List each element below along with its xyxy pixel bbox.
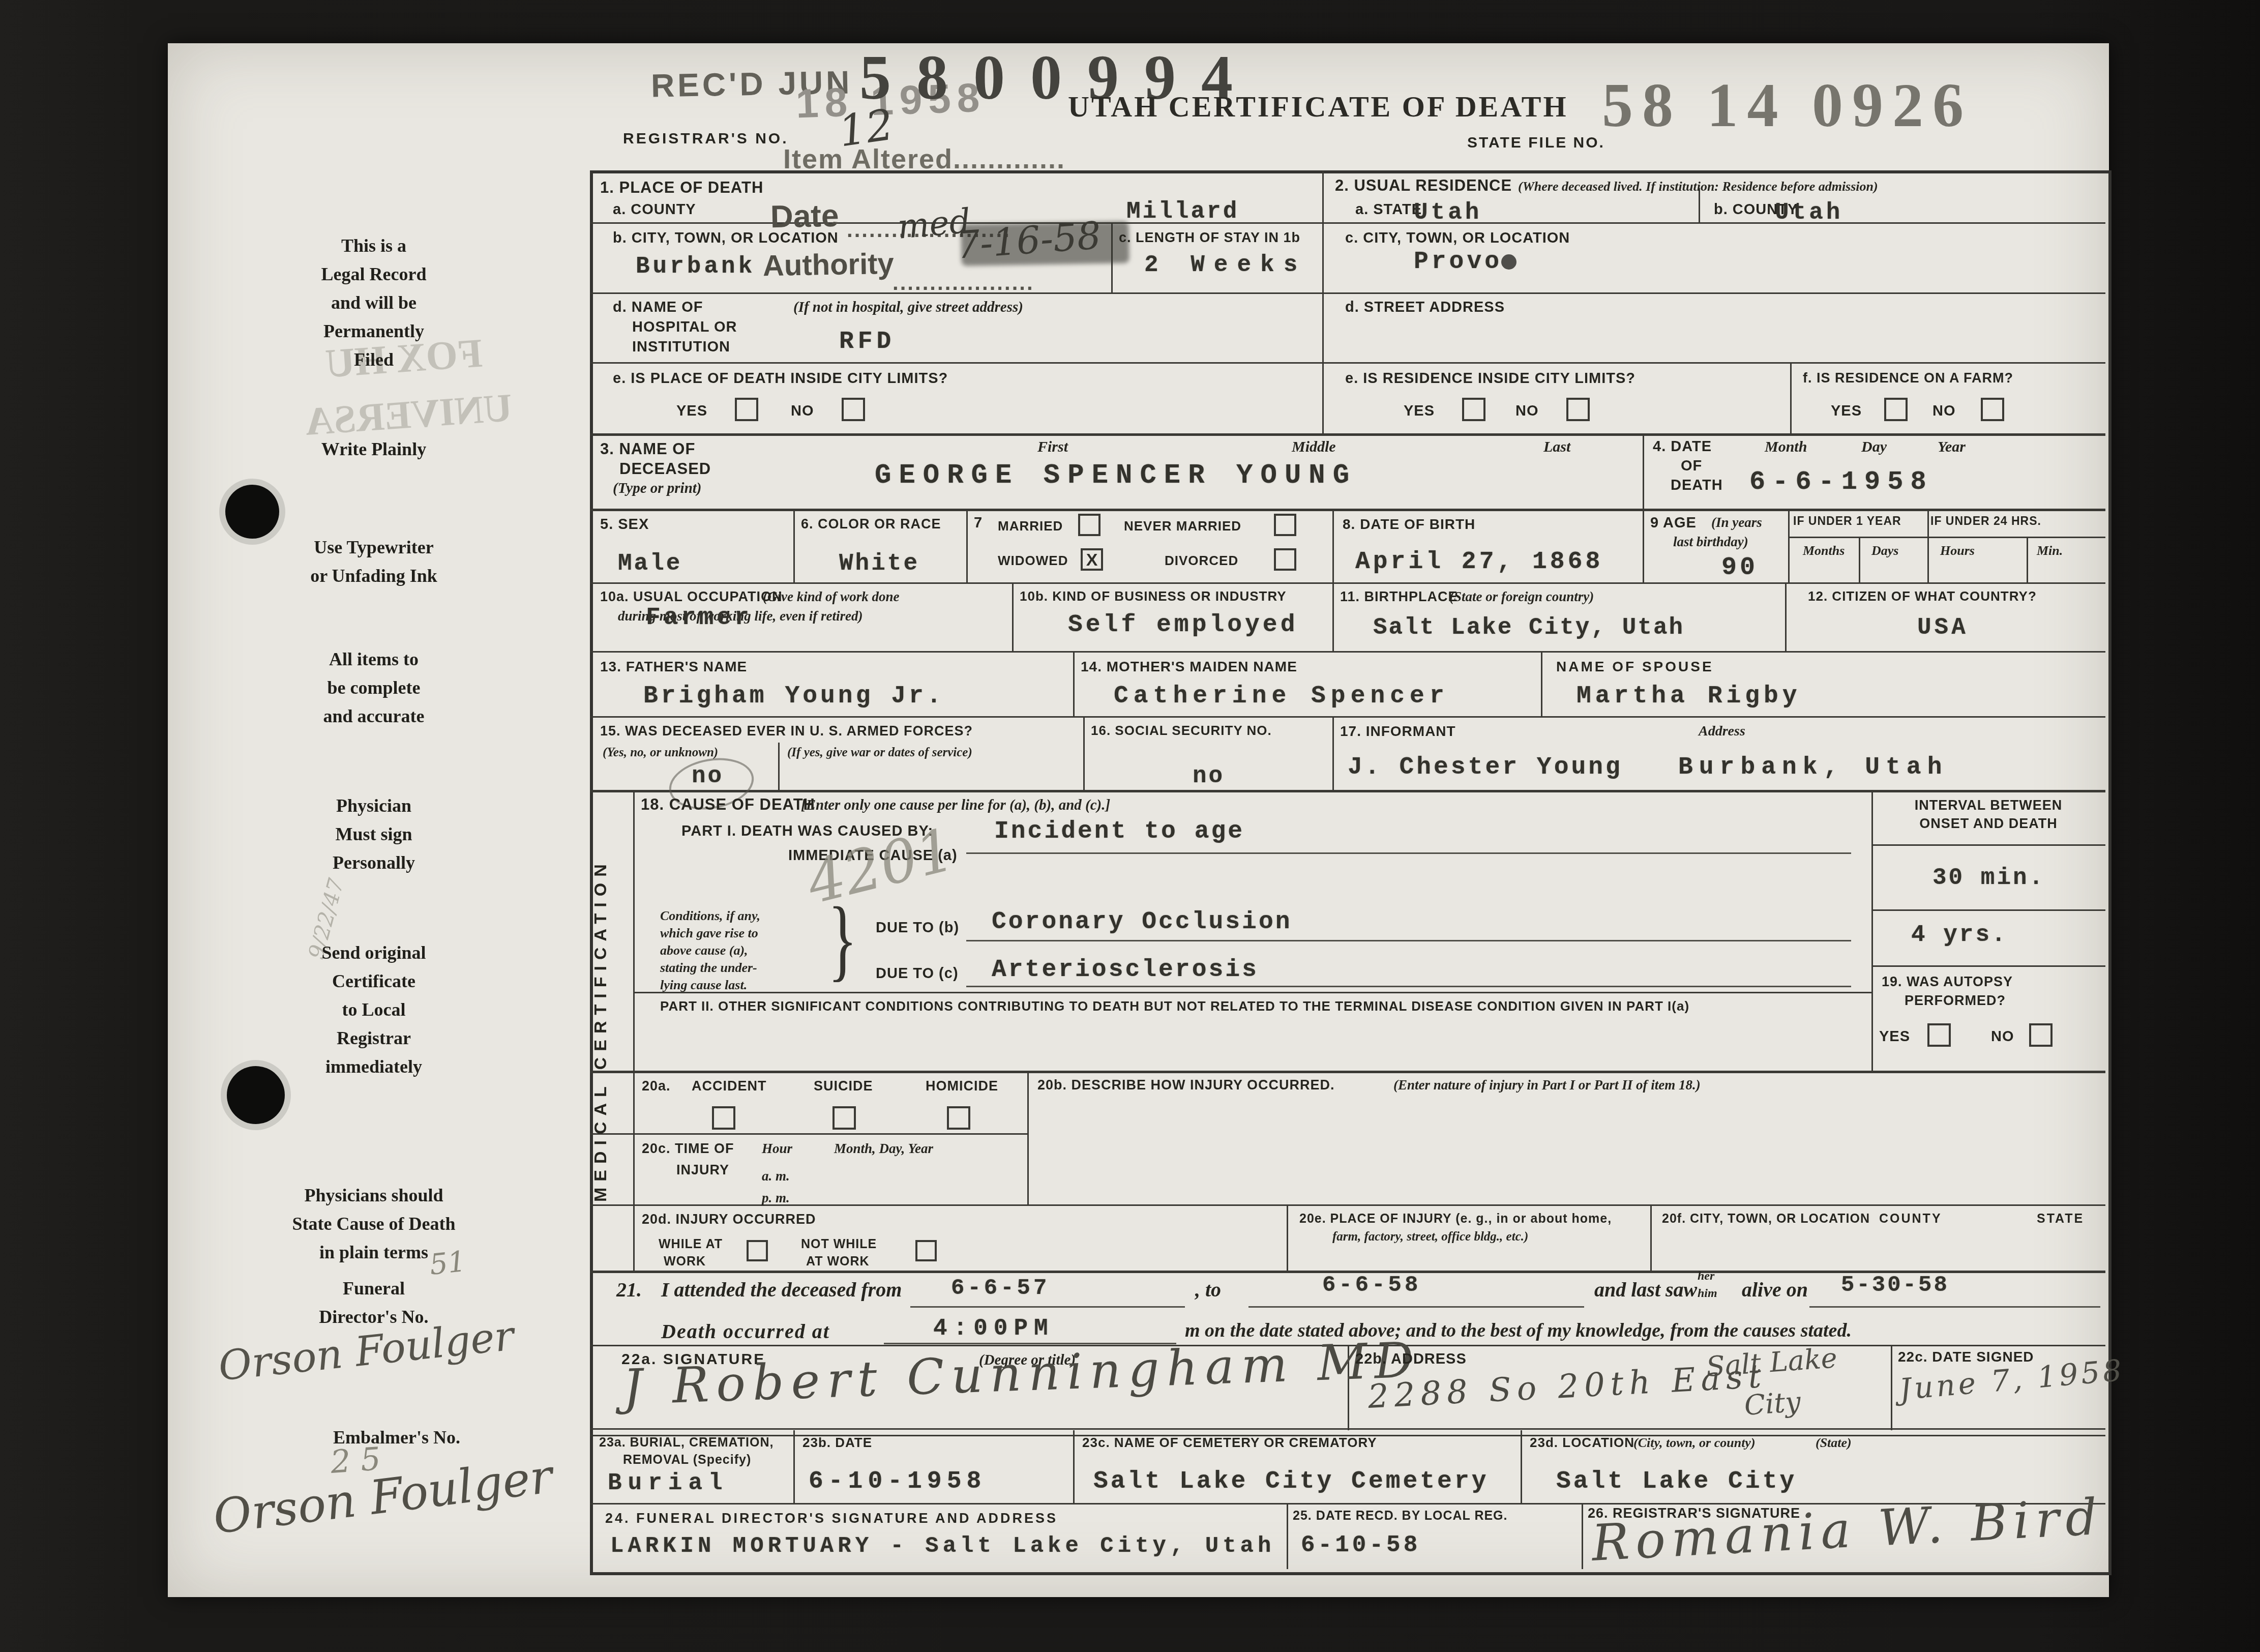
- margin-line: Personally: [170, 848, 577, 877]
- divider: [590, 1133, 1027, 1135]
- hours-label: Hours: [1940, 543, 1975, 558]
- mothers-maiden-name-value: Catherine Spencer: [1114, 683, 1449, 710]
- checkbox-x-mark: X: [1086, 550, 1098, 570]
- divider: [1541, 651, 1542, 716]
- margin-line: This is a: [170, 231, 577, 260]
- occupation-label: 10a. USUAL OCCUPATION: [600, 589, 783, 604]
- margin-line: All items to: [170, 645, 577, 673]
- no-checkbox: [842, 398, 865, 421]
- injury-city-label: 20f. CITY, TOWN, OR LOCATION: [1662, 1212, 1870, 1226]
- name-of-deceased-label: DECEASED: [619, 460, 711, 478]
- citizen-label: 12. CITIZEN OF WHAT COUNTRY?: [1808, 589, 2037, 604]
- time-of-injury-label: INJURY: [676, 1162, 729, 1177]
- margin-complete: All items to be complete and accurate: [170, 645, 577, 730]
- pm-label: p. m.: [762, 1190, 790, 1206]
- month-label: Month: [1765, 438, 1807, 456]
- divider: [1788, 537, 2105, 538]
- married-checkbox: [1078, 514, 1101, 536]
- margin-line: Filed: [170, 345, 577, 374]
- injury-occurred-label: 20d. INJURY OCCURRED: [642, 1212, 816, 1227]
- fathers-name-value: Brigham Young Jr.: [643, 683, 944, 710]
- authority-stamp: Authority: [762, 247, 894, 283]
- divider: [1871, 909, 2105, 911]
- hole-punch-top: [225, 485, 279, 539]
- accident-checkbox: [712, 1106, 735, 1130]
- cemetery-location-label: 23d. LOCATION: [1530, 1435, 1634, 1450]
- social-security-value: no: [1193, 763, 1225, 789]
- date-of-death-value: 6-6-1958: [1749, 467, 1934, 497]
- divider: [1582, 1503, 1583, 1569]
- divider: [1927, 509, 1929, 582]
- divider: [1073, 1430, 1075, 1503]
- place-of-death-title: 1. PLACE OF DEATH: [600, 179, 763, 197]
- divider: [778, 743, 780, 790]
- married-label: MARRIED: [998, 519, 1063, 534]
- attended-to-value: 6-6-58: [1322, 1273, 1421, 1298]
- divorced-checkbox: [1274, 548, 1296, 571]
- color-race-label: 6. COLOR OR RACE: [801, 516, 941, 532]
- accident-label: ACCIDENT: [692, 1078, 767, 1094]
- informant-label: 17. INFORMANT: [1340, 723, 1456, 739]
- residence-city-label: c. CITY, TOWN, OR LOCATION: [1345, 230, 1570, 246]
- cemetery-location-paren: (City, town, or county): [1633, 1435, 1756, 1451]
- autopsy-label: PERFORMED?: [1905, 993, 2006, 1008]
- mothers-maiden-name-label: 14. MOTHER'S MAIDEN NAME: [1081, 659, 1297, 674]
- divider: [590, 582, 2105, 584]
- yes-label: YES: [1404, 403, 1435, 419]
- date-received-label: 25. DATE RECD. BY LOCAL REG.: [1293, 1509, 1508, 1523]
- divider: [1073, 651, 1075, 716]
- conditions-note: stating the under-: [660, 960, 757, 976]
- margin-funeral-no: Funeral Director's No.: [170, 1274, 577, 1331]
- no-label: NO: [791, 403, 814, 419]
- suicide-checkbox: [832, 1106, 856, 1130]
- burial-date-value: 6-10-1958: [809, 1468, 986, 1495]
- date-of-birth-value: April 27, 1868: [1355, 548, 1603, 576]
- fill-line: [966, 940, 1851, 941]
- divider: [1521, 1430, 1522, 1503]
- due-to-b-value: Coronary Occlusion: [992, 908, 1292, 936]
- divider: [1083, 716, 1085, 790]
- hour-label: Hour: [762, 1141, 792, 1157]
- divider: [1027, 1071, 1029, 1204]
- cause-of-death-title: 18. CAUSE OF DEATH: [641, 796, 815, 814]
- interval-a-value: 30 min.: [1932, 865, 2045, 891]
- him-label: him: [1698, 1287, 1717, 1301]
- county-value: Millard: [1126, 198, 1239, 225]
- color-race-value: White: [839, 550, 919, 577]
- no-label: NO: [1932, 403, 1956, 419]
- hospital-paren: (If not in hospital, give street address…: [793, 299, 1023, 316]
- birthplace-label: 11. BIRTHPLACE: [1340, 589, 1458, 604]
- day-label: Day: [1861, 438, 1887, 456]
- no-label: NO: [1515, 403, 1539, 419]
- attended-text: I attended the deceased from: [661, 1278, 902, 1302]
- margin-line: Send original: [170, 938, 577, 967]
- informant-value: J. Chester Young: [1348, 754, 1623, 781]
- county-label: a. COUNTY: [613, 201, 696, 218]
- cemetery-label: 23c. NAME OF CEMETERY OR CREMATORY: [1082, 1435, 1377, 1450]
- divider: [1790, 362, 1792, 433]
- medical-certification-label: MEDICAL CERTIFICATION: [591, 793, 634, 1266]
- item-20a-number: 20a.: [642, 1078, 671, 1094]
- margin-line: Physicians should: [170, 1181, 577, 1209]
- yes-checkbox: [1462, 398, 1485, 421]
- margin-line: Physician: [170, 791, 577, 820]
- first-label: First: [1037, 438, 1068, 456]
- not-while-at-work-label: AT WORK: [806, 1254, 870, 1268]
- while-at-work-label: WORK: [664, 1254, 706, 1268]
- burial-label: REMOVAL (Specify): [623, 1453, 751, 1467]
- occupation-value: Farmer: [646, 604, 752, 632]
- if-under-24-hrs-label: IF UNDER 24 HRS.: [1930, 515, 2041, 528]
- divider: [1871, 965, 2105, 967]
- name-of-deceased-label: 3. NAME OF: [600, 440, 695, 458]
- divider: [1650, 1204, 1652, 1271]
- date-received-value: 6-10-58: [1301, 1532, 1420, 1558]
- authority-stamp-dots: ...................: [893, 271, 1034, 295]
- margin-line: immediately: [170, 1052, 577, 1081]
- attended-text: , to: [1195, 1278, 1221, 1302]
- describe-injury-label: 20b. DESCRIBE HOW INJURY OCCURRED.: [1037, 1077, 1335, 1093]
- yes-label: YES: [1879, 1028, 1910, 1045]
- brace-glyph: }: [828, 887, 857, 992]
- interval-label: INTERVAL BETWEEN: [1871, 798, 2105, 813]
- hospital-label: d. NAME OF: [613, 299, 703, 315]
- name-of-spouse-label: NAME OF SPOUSE: [1556, 659, 1714, 674]
- time-of-injury-label: 20c. TIME OF: [642, 1141, 734, 1156]
- divorced-label: DIVORCED: [1165, 553, 1238, 568]
- item-21-number: 21.: [616, 1278, 642, 1302]
- middle-label: Middle: [1292, 438, 1336, 456]
- usual-residence-paren: (Where deceased lived. If institution: R…: [1518, 179, 1878, 194]
- armed-forces-paren: (Yes, no, or unknown): [603, 746, 718, 760]
- am-label: a. m.: [762, 1168, 790, 1184]
- date-of-birth-label: 8. DATE OF BIRTH: [1343, 516, 1475, 532]
- birthplace-paren: (State or foreign country): [1449, 589, 1594, 605]
- not-while-at-work-checkbox: [915, 1240, 937, 1261]
- divider: [1891, 1345, 1892, 1430]
- farm-label: f. IS RESIDENCE ON A FARM?: [1803, 370, 2013, 386]
- margin-line: Legal Record: [170, 260, 577, 288]
- state-label: a. STATE: [1355, 201, 1422, 218]
- fill-line: [910, 1306, 1185, 1308]
- divider: [590, 1204, 2105, 1206]
- attended-from-value: 6-6-57: [951, 1276, 1050, 1301]
- fathers-name-label: 13. FATHER'S NAME: [600, 659, 747, 674]
- fill-line: [1248, 1306, 1584, 1308]
- divider: [793, 1430, 795, 1503]
- divider: [1332, 509, 1334, 651]
- while-at-work-checkbox: [747, 1240, 768, 1261]
- state-value: Utah: [1414, 199, 1482, 226]
- due-to-b-label: DUE TO (b): [876, 920, 959, 936]
- yes-checkbox: [1927, 1023, 1951, 1047]
- fill-line: [966, 986, 1851, 987]
- year-label: Year: [1938, 438, 1966, 456]
- margin-line: Certificate: [170, 967, 577, 995]
- registrars-no-label: REGISTRAR'S NO.: [623, 130, 789, 147]
- divider: [793, 509, 795, 582]
- divider: [2027, 537, 2028, 582]
- divider: [633, 992, 1871, 993]
- due-to-c-label: DUE TO (c): [876, 965, 959, 982]
- age-label: 9 AGE: [1650, 515, 1697, 531]
- her-label: her: [1698, 1270, 1714, 1283]
- margin-line: Registrar: [170, 1024, 577, 1052]
- hospital-label: INSTITUTION: [632, 339, 730, 355]
- armed-forces-label: 15. WAS DECEASED EVER IN U. S. ARMED FOR…: [600, 723, 973, 739]
- last-seen-value: 5-30-58: [1841, 1273, 1949, 1298]
- divider: [590, 651, 2105, 653]
- conditions-note: above cause (a),: [660, 943, 748, 958]
- margin-line: Funeral: [170, 1274, 577, 1303]
- never-married-label: NEVER MARRIED: [1124, 519, 1241, 534]
- divider: [590, 292, 2105, 294]
- length-of-stay-value: 2 Weeks: [1144, 252, 1306, 278]
- margin-send-original: Send original Certificate to Local Regis…: [170, 938, 577, 1081]
- never-married-checkbox: [1274, 514, 1296, 536]
- conditions-note: lying cause last.: [660, 978, 747, 993]
- margin-line: Must sign: [170, 820, 577, 848]
- type-or-print-label: (Type or print): [613, 480, 702, 497]
- describe-injury-paren: (Enter nature of injury in Part I or Par…: [1393, 1077, 1701, 1093]
- divider: [1322, 170, 1324, 433]
- length-of-stay-label: c. LENGTH OF STAY IN 1b: [1119, 230, 1300, 245]
- divider: [590, 790, 2105, 792]
- margin-line: and will be: [170, 288, 577, 317]
- immediate-cause-value: Incident to age: [994, 818, 1244, 845]
- sex-label: 5. SEX: [600, 516, 649, 533]
- no-checkbox: [2029, 1023, 2053, 1047]
- widowed-checkbox: X: [1081, 548, 1103, 571]
- business-label: 10b. KIND OF BUSINESS OR INDUSTRY: [1020, 589, 1287, 604]
- funeral-directors-no-value: 51: [428, 1245, 468, 1282]
- attended-text: alive on: [1742, 1278, 1808, 1302]
- margin-line: in plain terms: [170, 1238, 577, 1266]
- margin-line: to Local: [170, 995, 577, 1024]
- informant-address-label: Address: [1699, 723, 1745, 740]
- yes-label: YES: [1831, 403, 1862, 419]
- margin-line: be complete: [170, 673, 577, 702]
- address-label: 22b. ADDRESS: [1355, 1351, 1467, 1367]
- divider: [590, 433, 2105, 436]
- death-occurred-text: Death occurred at: [661, 1319, 830, 1343]
- suicide-label: SUICIDE: [814, 1078, 873, 1094]
- margin-line: Permanently: [170, 317, 577, 345]
- margin-typewriter: Use Typewriter or Unfading Ink: [170, 533, 577, 590]
- month-day-year-label: Month, Day, Year: [834, 1141, 933, 1157]
- business-value: Self employed: [1068, 611, 1298, 639]
- divider: [1871, 844, 2105, 846]
- divider: [1287, 1503, 1288, 1569]
- margin-line: and accurate: [170, 702, 577, 730]
- divider: [590, 509, 2105, 511]
- divider: [1859, 537, 1860, 582]
- state-file-number-stamp: 58 14 0926: [1602, 70, 1973, 141]
- divider: [1643, 433, 1644, 582]
- hospital-label: HOSPITAL OR: [632, 319, 737, 335]
- margin-write-plainly: Write Plainly: [170, 435, 577, 463]
- no-label: NO: [1991, 1028, 2014, 1045]
- conditions-note: which gave rise to: [660, 926, 758, 941]
- informant-address-value: Burbank, Utah: [1678, 754, 1948, 781]
- state-file-no-label: STATE FILE NO.: [1467, 134, 1605, 152]
- sex-value: Male: [618, 550, 682, 577]
- burial-value: Burial: [608, 1470, 729, 1496]
- homicide-checkbox: [947, 1106, 970, 1130]
- margin-line: or Unfading Ink: [170, 562, 577, 590]
- part2-label: PART II. OTHER SIGNIFICANT CONDITIONS CO…: [660, 999, 1689, 1014]
- divider: [1785, 582, 1787, 651]
- date-of-death-label: OF: [1681, 458, 1702, 474]
- usual-residence-title: 2. USUAL RESIDENCE: [1335, 177, 1512, 195]
- street-address-label: d. STREET ADDRESS: [1345, 299, 1505, 315]
- margin-legal-record: This is a Legal Record and will be Perma…: [170, 231, 577, 374]
- divider: [1332, 716, 1334, 790]
- conditions-note: Conditions, if any,: [660, 908, 760, 924]
- not-while-at-work-label: NOT WHILE: [801, 1237, 877, 1251]
- funeral-director-value: LARKIN MORTUARY - Salt Lake City, Utah: [610, 1533, 1275, 1559]
- age-value: 90: [1721, 553, 1758, 582]
- no-checkbox: [1981, 398, 2004, 421]
- while-at-work-label: WHILE AT: [659, 1237, 723, 1251]
- residence-city-value: Provo: [1414, 248, 1502, 276]
- place-of-injury-label: 20e. PLACE OF INJURY (e. g., in or about…: [1299, 1212, 1612, 1226]
- yes-checkbox: [735, 398, 758, 421]
- homicide-label: HOMICIDE: [926, 1078, 998, 1094]
- interval-label: ONSET AND DEATH: [1871, 816, 2105, 831]
- margin-line: State Cause of Death: [170, 1209, 577, 1238]
- cemetery-location-value: Salt Lake City: [1556, 1468, 1797, 1495]
- cemetery-value: Salt Lake City Cemetery: [1093, 1468, 1489, 1495]
- fill-line: [966, 852, 1851, 854]
- certificate-title: UTAH CERTIFICATE OF DEATH: [1068, 90, 1568, 124]
- if-under-1-year-label: IF UNDER 1 YEAR: [1793, 515, 1901, 528]
- divider: [590, 716, 2105, 718]
- age-paren: (In years: [1711, 515, 1762, 530]
- months-label: Months: [1803, 543, 1845, 558]
- yes-checkbox: [1884, 398, 1908, 421]
- residence-county-value: Utah: [1775, 199, 1843, 226]
- scanned-death-certificate: FOX HU UNIVERSA 9/22/47 This is a Legal …: [0, 0, 2260, 1652]
- residence-city-limits-label: e. IS RESIDENCE INSIDE CITY LIMITS?: [1345, 370, 1635, 387]
- days-label: Days: [1871, 543, 1898, 558]
- burial-date-label: 23b. DATE: [802, 1435, 872, 1450]
- last-label: Last: [1543, 438, 1570, 456]
- burial-label: 23a. BURIAL, CREMATION,: [599, 1435, 774, 1450]
- deceased-name-value: GEORGE SPENCER YOUNG: [875, 460, 1357, 491]
- attended-text: and last saw: [1594, 1278, 1697, 1302]
- min-label: Min.: [2037, 543, 2063, 558]
- armed-forces-paren: (If yes, give war or dates of service): [787, 746, 972, 760]
- yes-label: YES: [676, 403, 707, 419]
- divider: [1287, 1204, 1288, 1271]
- divider: [590, 362, 2105, 364]
- social-security-label: 16. SOCIAL SECURITY NO.: [1091, 723, 1272, 738]
- occupation-paren: (Give kind of work done: [763, 589, 899, 605]
- place-of-injury-label: farm, factory, street, office bldg., etc…: [1332, 1230, 1528, 1244]
- death-time-value: 4:00PM: [933, 1315, 1054, 1342]
- margin-line: Use Typewriter: [170, 533, 577, 562]
- citizen-value: USA: [1917, 614, 1969, 641]
- divider: [1788, 509, 1790, 582]
- widowed-label: WIDOWED: [998, 553, 1068, 568]
- injury-state-label: STATE: [2037, 1212, 2084, 1226]
- no-checkbox: [1566, 398, 1590, 421]
- marital-item-number: 7: [974, 515, 983, 531]
- age-paren: last birthday): [1673, 534, 1748, 550]
- date-of-death-label: DEATH: [1671, 477, 1723, 493]
- birthplace-value: Salt Lake City, Utah: [1373, 614, 1684, 641]
- ink-blot: [1501, 254, 1516, 270]
- injury-county-label: COUNTY: [1879, 1212, 1942, 1226]
- divider: [966, 509, 968, 582]
- divider: [1871, 790, 1873, 1071]
- fill-line: [1809, 1306, 2100, 1308]
- divider: [590, 1071, 2105, 1073]
- margin-physician: Physician Must sign Personally: [170, 791, 577, 877]
- due-to-c-value: Arteriosclerosis: [992, 956, 1259, 984]
- death-city-limits-label: e. IS PLACE OF DEATH INSIDE CITY LIMITS?: [613, 370, 948, 387]
- cause-of-death-bracket: [Enter only one cause per line for (a), …: [801, 797, 1110, 814]
- divider: [1012, 582, 1014, 651]
- interval-b-value: 4 yrs.: [1911, 922, 2008, 948]
- hospital-value: RFD: [839, 328, 895, 356]
- city-town-value: Burbank: [636, 253, 755, 280]
- autopsy-label: 19. WAS AUTOPSY: [1882, 974, 2013, 989]
- margin-embalmer-no: Embalmer's No.: [264, 1423, 529, 1452]
- city-town-label: b. CITY, TOWN, OR LOCATION: [613, 230, 839, 246]
- spouse-name-value: Martha Rigby: [1577, 683, 1801, 710]
- state-paren-label: (State): [1816, 1435, 1852, 1451]
- margin-cause-terms: Physicians should State Cause of Death i…: [170, 1181, 577, 1266]
- funeral-director-label: 24. FUNERAL DIRECTOR'S SIGNATURE AND ADD…: [605, 1511, 1058, 1526]
- date-of-death-label: 4. DATE: [1653, 438, 1712, 455]
